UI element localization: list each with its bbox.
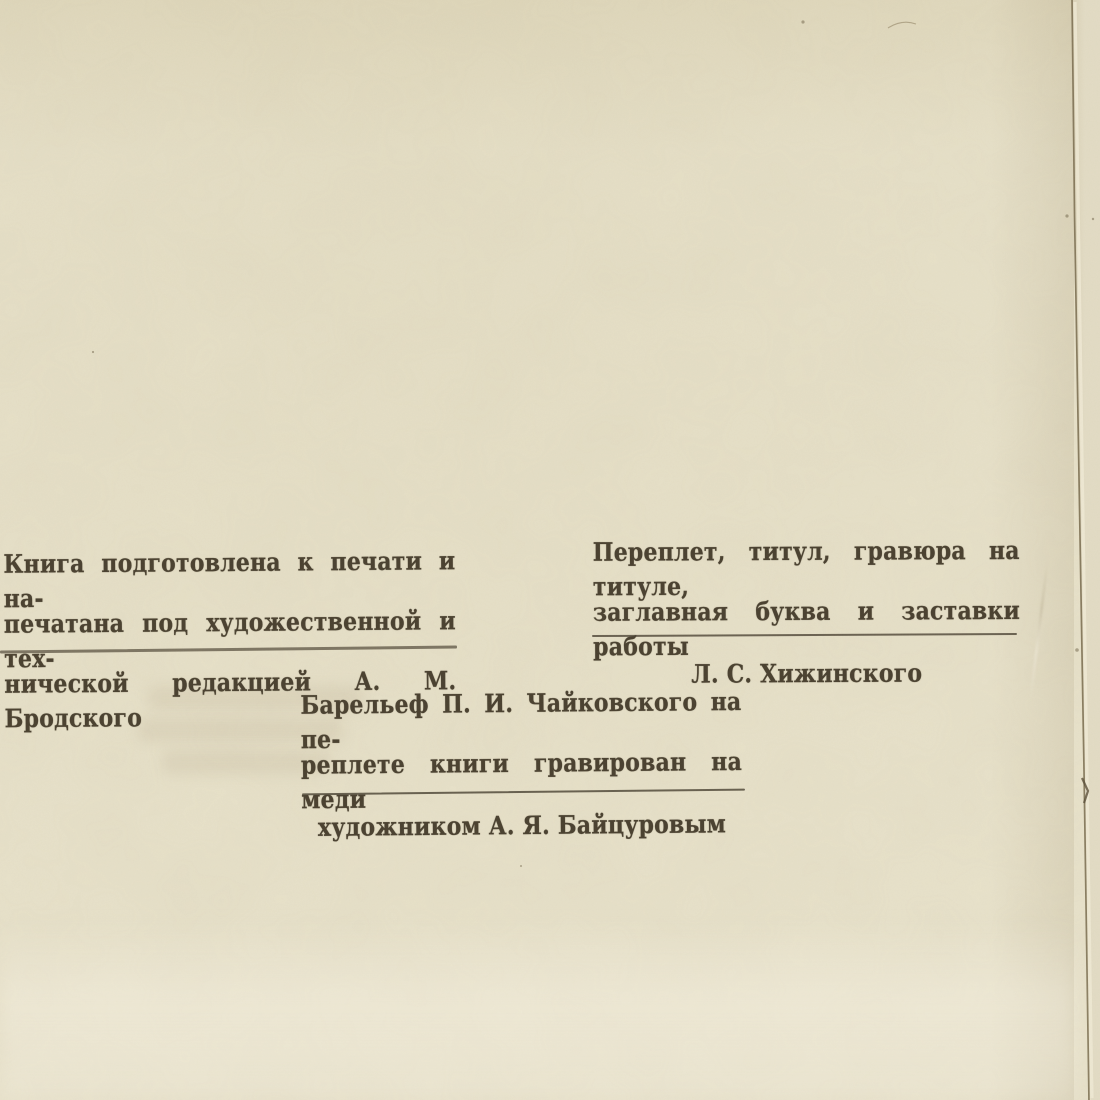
text-line: заглавная буква и заставки работы	[593, 594, 1020, 665]
book-colophon-page: Книга подготовлена к печати и на- печата…	[0, 0, 1100, 1100]
colophon-right-note: Переплет, титул, гравюра на титуле, загл…	[593, 538, 1021, 690]
text-line: художником А. Я. Байцуровым	[301, 807, 742, 845]
lighting-band	[0, 920, 1075, 1100]
colophon-center-note: Барельеф П. И. Чайковского на пе- реплет…	[300, 689, 742, 843]
